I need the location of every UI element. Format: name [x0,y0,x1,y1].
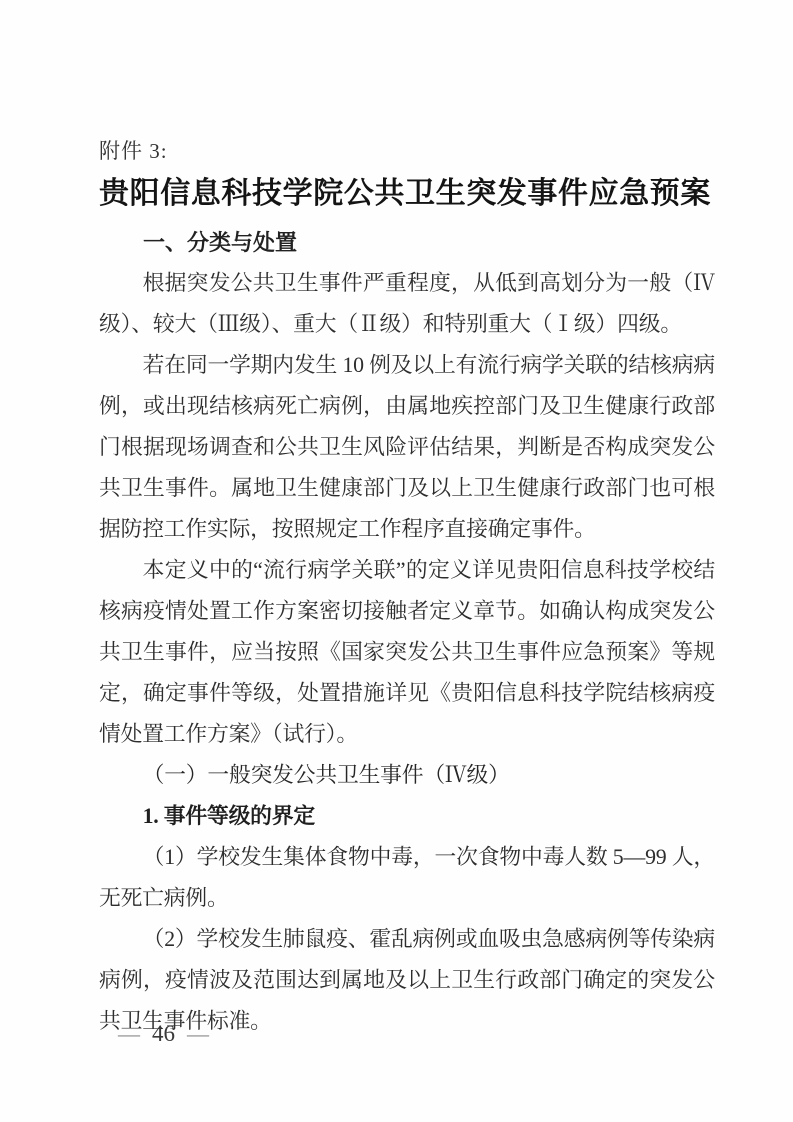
page-content: 附件 3: 贵阳信息科技学院公共卫生突发事件应急预案 一、分类与处置 根据突发公… [99,136,715,1042]
document-page: 附件 3: 贵阳信息科技学院公共卫生突发事件应急预案 一、分类与处置 根据突发公… [0,0,793,1122]
subsection-heading-level4: （一）一般突发公共卫生事件（Ⅳ级） [99,755,715,796]
paragraph-tb-cases-determination: 若在同一学期内发生 10 例及以上有流行病学关联的结核病病例，或出现结核病死亡病… [99,345,715,550]
footer-dash-right: — [187,1021,209,1046]
page-footer: —46— [118,1021,209,1047]
paragraph-severity-levels: 根据突发公共卫生事件严重程度，从低到高划分为一般（Ⅳ级）、较大（Ⅲ级）、重大（Ⅱ… [99,263,715,345]
attachment-label: 附件 3: [99,136,715,166]
document-title: 贵阳信息科技学院公共卫生突发事件应急预案 [99,172,715,216]
numbered-heading-event-grade: 1. 事件等级的界定 [99,796,715,837]
paragraph-epidemiological-definition: 本定义中的“流行病学关联”的定义详见贵阳信息科技学校结核病疫情处置工作方案密切接… [99,550,715,755]
footer-page-number: 46 [152,1021,175,1046]
footer-dash-left: — [118,1021,140,1046]
paragraph-food-poisoning: （1）学校发生集体食物中毒，一次食物中毒人数 5—99 人，无死亡病例。 [99,837,715,919]
section-heading: 一、分类与处置 [99,222,715,263]
